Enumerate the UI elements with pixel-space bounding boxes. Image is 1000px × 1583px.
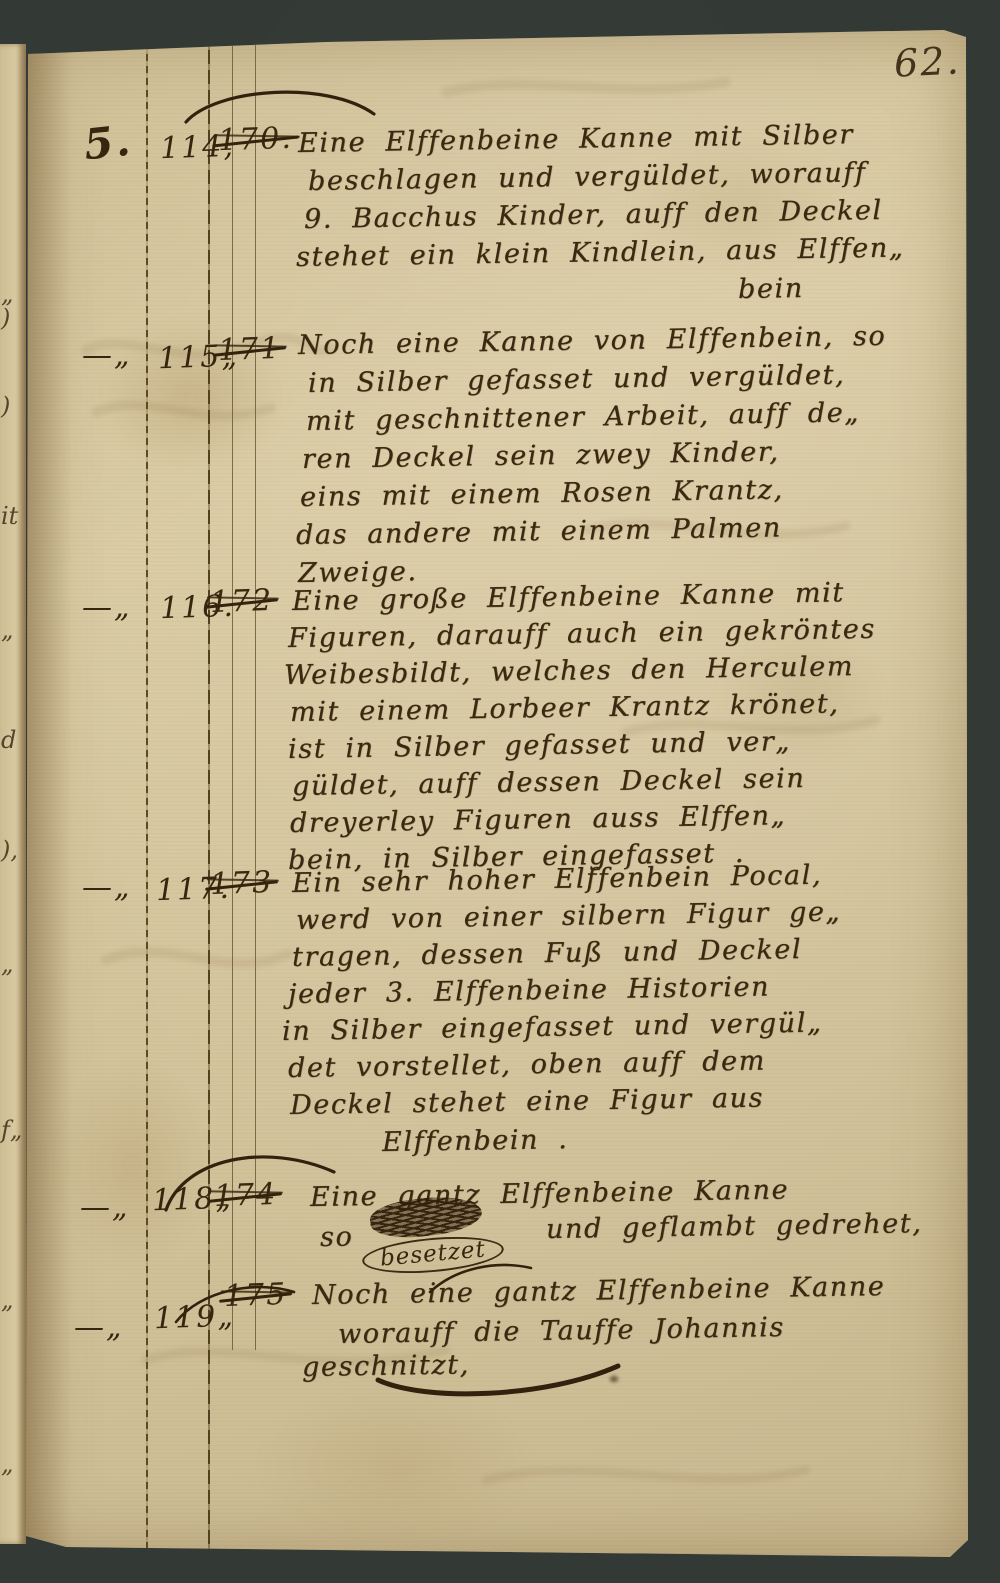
- margin-mark: —„: [80, 1190, 130, 1225]
- entry-text-line: Noch eine gantz Elffenbeine Kanne: [312, 1271, 886, 1311]
- cut-text-fragment: d: [1, 726, 16, 754]
- entry-text-line: Deckel stehet eine Figur aus: [290, 1083, 764, 1121]
- entry-text-line: 9. Bacchus Kinder, auff den Deckel: [304, 195, 883, 235]
- entry-text-line: ren Deckel sein zwey Kinder,: [302, 437, 780, 475]
- entry-text-line: eins mit einem Rosen Krantz,: [300, 474, 784, 513]
- old-entry-number-struck: 175: [223, 1277, 287, 1314]
- entry-text-line: worauff die Tauffe Johannis: [338, 1312, 785, 1350]
- cut-text-fragment: it: [1, 502, 18, 530]
- cut-text-fragment: ),: [1, 836, 18, 864]
- column-rule-4: [255, 30, 256, 1350]
- paper-stain: [56, 1060, 206, 1270]
- entry-text-line: tragen, dessen Fuß und Deckel: [292, 934, 803, 973]
- entry-text-line: stehet ein klein Kindlein, aus Elffen„: [296, 232, 905, 273]
- margin-mark: —„: [82, 870, 132, 905]
- manuscript-page: 62. 5. 114, 170. Eine Elffenbeine Kanne …: [26, 30, 968, 1558]
- margin-mark: —„: [74, 1310, 124, 1345]
- entry-text-line: geschnitzt,: [302, 1349, 470, 1383]
- entry-number: 119„: [153, 1299, 235, 1337]
- entry-text-line: in Silber gefasset und vergüldet,: [308, 360, 846, 399]
- entry-text-line: dreyerley Figuren auss Elffen„: [290, 800, 787, 839]
- old-entry-number-struck: 173: [209, 865, 273, 902]
- cut-text-fragment: f„: [1, 1116, 22, 1144]
- column-rule-1: [146, 30, 148, 1552]
- entry-text-hang-word: bein: [738, 273, 804, 305]
- entry-text-line: det vorstellet, oben auff dem: [288, 1045, 766, 1084]
- old-entry-number-struck: 172: [209, 583, 273, 620]
- margin-mark: —„: [82, 590, 132, 625]
- entry-text-line: güldet, auff dessen Deckel sein: [292, 763, 806, 802]
- old-entry-number-struck: 171: [217, 331, 281, 368]
- entry-text-line: Figuren, darauff auch ein gekröntes: [288, 614, 876, 654]
- entry-text-line: mit einem Lorbeer Krantz krönet,: [290, 688, 840, 728]
- entry-text-line: werd von einer silbern Figur ge„: [296, 896, 841, 936]
- cut-text-fragment: „: [1, 616, 13, 644]
- entry-text-line: Elffenbein .: [382, 1124, 569, 1158]
- margin-mark: 5.: [82, 116, 135, 170]
- cut-text-fragment: ): [1, 304, 10, 332]
- entry-text-line: Weibesbildt, welches den Herculem: [284, 651, 854, 691]
- entry-text-line: Noch eine Kanne von Elffenbein, so: [298, 321, 887, 361]
- cut-text-fragment: ): [1, 392, 10, 420]
- paper-stain: [256, 1390, 536, 1540]
- previous-page-edge: „ ) ) it „ d ), „ f„ „ „: [0, 44, 26, 1544]
- entry-text-line: das andere mit einem Palmen: [296, 512, 782, 551]
- margin-mark: —„: [82, 338, 132, 373]
- circled-correction-word: besetzet: [361, 1232, 505, 1278]
- entry-text-line: Eine Elffenbeine Kanne mit Silber: [298, 119, 854, 159]
- cut-text-fragment: „: [1, 1286, 13, 1314]
- old-entry-number-struck: 170.: [217, 121, 293, 159]
- photo-backdrop: „ ) ) it „ d ), „ f„ „ „: [0, 0, 1000, 1583]
- entry-text-line: mit geschnittener Arbeit, auff de„: [306, 397, 860, 437]
- folio-number: 62.: [893, 38, 962, 85]
- column-rule-3: [232, 30, 233, 1350]
- cut-text-fragment: „: [1, 950, 13, 978]
- ink-spatter: [608, 1374, 620, 1384]
- entry-text-line: und geflambt gedrehet,: [546, 1208, 923, 1245]
- entry-text-line: in Silber eingefasset und vergül„: [282, 1008, 823, 1047]
- entry-text-line: jeder 3. Elffenbeine Historien: [288, 971, 770, 1010]
- entry-text-line: ist in Silber gefasset und ver„: [288, 726, 791, 765]
- old-entry-number-struck: 174: [213, 1177, 277, 1214]
- cut-text-fragment: „: [1, 1450, 13, 1478]
- entry-text-word: so: [320, 1221, 354, 1253]
- entry-text-line: beschlagen und vergüldet, worauff: [308, 157, 867, 197]
